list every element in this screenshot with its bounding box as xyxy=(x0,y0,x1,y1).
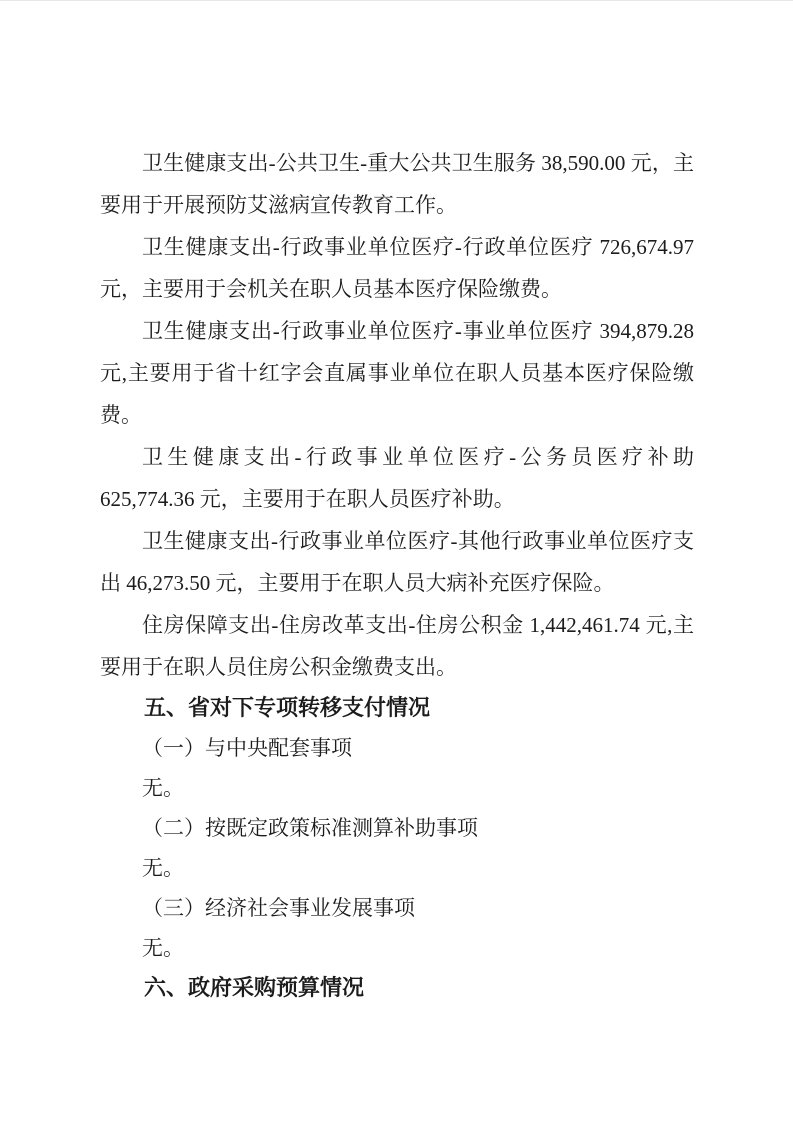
expenditure-paragraph-housing-fund: 住房保障支出-住房改革支出-住房公积金 1,442,461.74 元,主要用于在… xyxy=(100,604,694,688)
expenditure-paragraph-admin-unit-medical: 卫生健康支出-行政事业单位医疗-行政单位医疗 726,674.97 元，主要用于… xyxy=(100,226,694,310)
document-content: 卫生健康支出-公共卫生-重大公共卫生服务 38,590.00 元，主要用于开展预… xyxy=(100,142,694,1008)
section-five-item-3-label: （三）经济社会事业发展事项 xyxy=(100,888,694,928)
section-six-heading: 六、政府采购预算情况 xyxy=(100,968,694,1008)
expenditure-paragraph-public-health: 卫生健康支出-公共卫生-重大公共卫生服务 38,590.00 元，主要用于开展预… xyxy=(100,142,694,226)
expenditure-paragraph-other-medical: 卫生健康支出-行政事业单位医疗-其他行政事业单位医疗支出 46,273.50 元… xyxy=(100,520,694,604)
section-five-item-1-value: 无。 xyxy=(100,768,694,808)
section-five-heading: 五、省对下专项转移支付情况 xyxy=(100,688,694,728)
section-five-item-3-value: 无。 xyxy=(100,928,694,968)
section-five-item-2-value: 无。 xyxy=(100,848,694,888)
expenditure-paragraph-civil-servant-subsidy: 卫生健康支出-行政事业单位医疗-公务员医疗补助 625,774.36 元，主要用… xyxy=(100,436,694,520)
expenditure-paragraph-institution-medical: 卫生健康支出-行政事业单位医疗-事业单位医疗 394,879.28 元,主要用于… xyxy=(100,310,694,436)
section-five-item-2-label: （二）按既定政策标准测算补助事项 xyxy=(100,808,694,848)
section-five-item-1-label: （一）与中央配套事项 xyxy=(100,728,694,768)
document-page: 卫生健康支出-公共卫生-重大公共卫生服务 38,590.00 元，主要用于开展预… xyxy=(0,0,793,1122)
